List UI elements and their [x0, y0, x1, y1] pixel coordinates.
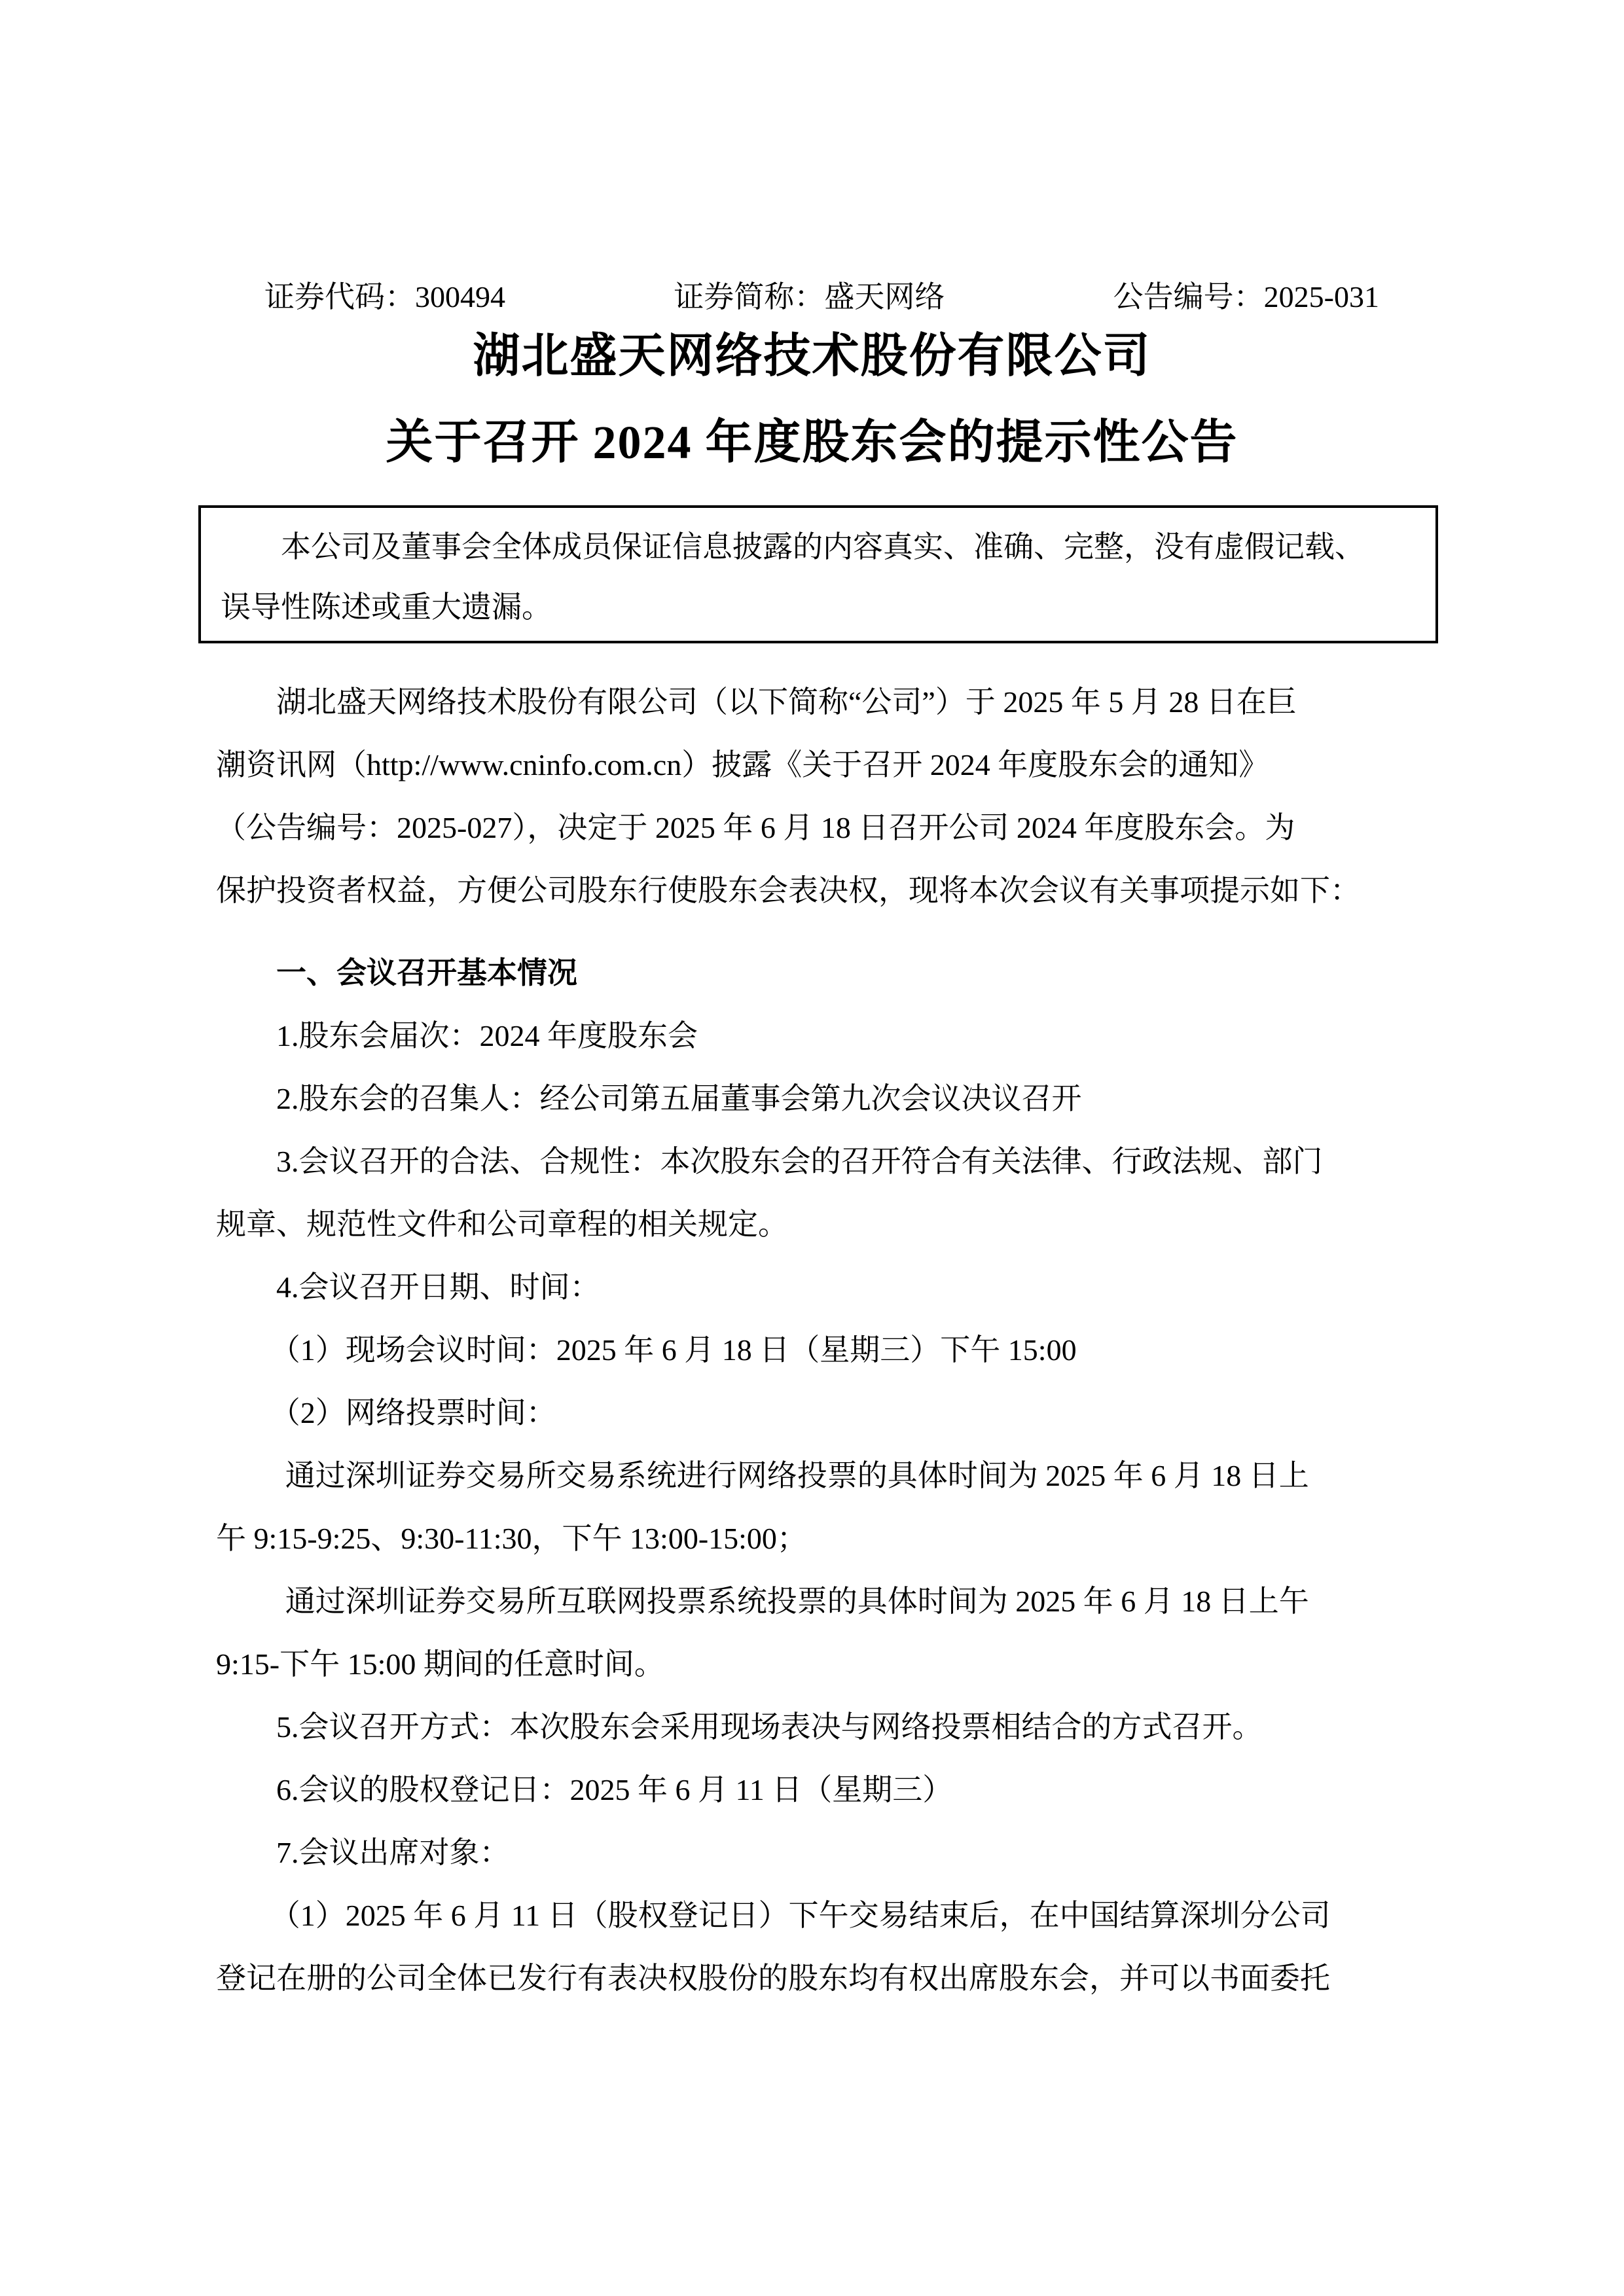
document-header: 证券代码：300494 证券简称：盛天网络 公告编号：2025-031: [264, 278, 1379, 317]
document-line: 7.会议出席对象：: [216, 1821, 1411, 1884]
disclaimer-line: 误导性陈述或重大遗漏。: [221, 577, 1416, 637]
document-line: 2.股东会的召集人：经公司第五届董事会第九次会议决议召开: [216, 1067, 1411, 1130]
document-line: 潮资讯网（http://www.cninfo.com.cn）披露《关于召开 20…: [216, 734, 1411, 797]
document-line: （1）2025 年 6 月 11 日（股权登记日）下午交易结束后，在中国结算深圳…: [216, 1884, 1411, 1947]
company-name-title: 湖北盛天网络技术股份有限公司: [0, 326, 1624, 386]
document-line: 4.会议召开日期、时间：: [216, 1256, 1411, 1319]
announcement-page: 证券代码：300494 证券简称：盛天网络 公告编号：2025-031 湖北盛天…: [0, 0, 1624, 2296]
document-line: 5.会议召开方式：本次股东会采用现场表决与网络投票相结合的方式召开。: [216, 1696, 1411, 1759]
disclaimer-line: 本公司及董事会全体成员保证信息披露的内容真实、准确、完整，没有虚假记载、: [221, 517, 1416, 577]
document-line: 1.股东会届次：2024 年度股东会: [216, 1005, 1411, 1067]
announcement-number: 公告编号：2025-031: [1113, 278, 1379, 317]
document-line: 保护投资者权益，方便公司股东行使股东会表决权，现将本次会议有关事项提示如下：: [216, 859, 1411, 922]
document-line: 登记在册的公司全体已发行有表决权股份的股东均有权出席股东会，并可以书面委托: [216, 1947, 1411, 2010]
stock-code: 证券代码：300494: [264, 278, 505, 317]
stock-short-name: 证券简称：盛天网络: [674, 278, 945, 317]
document-line: （1）现场会议时间：2025 年 6 月 18 日（星期三）下午 15:00: [216, 1319, 1411, 1382]
document-line: 一、会议召开基本情况: [216, 942, 1411, 1005]
document-body: 湖北盛天网络技术股份有限公司（以下简称“公司”）于 2025 年 5 月 28 …: [216, 671, 1411, 2010]
announcement-title: 关于召开 2024 年度股东会的提示性公告: [0, 412, 1624, 473]
document-line: （2）网络投票时间：: [216, 1382, 1411, 1444]
document-line: 6.会议的股权登记日：2025 年 6 月 11 日（星期三）: [216, 1759, 1411, 1821]
document-line: 3.会议召开的合法、合规性：本次股东会的召开符合有关法律、行政法规、部门: [216, 1130, 1411, 1193]
document-line: 9:15-下午 15:00 期间的任意时间。: [216, 1633, 1411, 1696]
document-line: 规章、规范性文件和公司章程的相关规定。: [216, 1193, 1411, 1256]
document-line: 午 9:15-9:25、9:30-11:30，下午 13:00-15:00；: [216, 1507, 1411, 1570]
document-line: （公告编号：2025-027），决定于 2025 年 6 月 18 日召开公司 …: [216, 797, 1411, 859]
disclaimer-box: 本公司及董事会全体成员保证信息披露的内容真实、准确、完整，没有虚假记载、 误导性…: [198, 505, 1438, 643]
document-line: 通过深圳证券交易所交易系统进行网络投票的具体时间为 2025 年 6 月 18 …: [216, 1444, 1411, 1507]
document-line: 湖北盛天网络技术股份有限公司（以下简称“公司”）于 2025 年 5 月 28 …: [216, 671, 1411, 734]
document-line: 通过深圳证券交易所互联网投票系统投票的具体时间为 2025 年 6 月 18 日…: [216, 1570, 1411, 1633]
